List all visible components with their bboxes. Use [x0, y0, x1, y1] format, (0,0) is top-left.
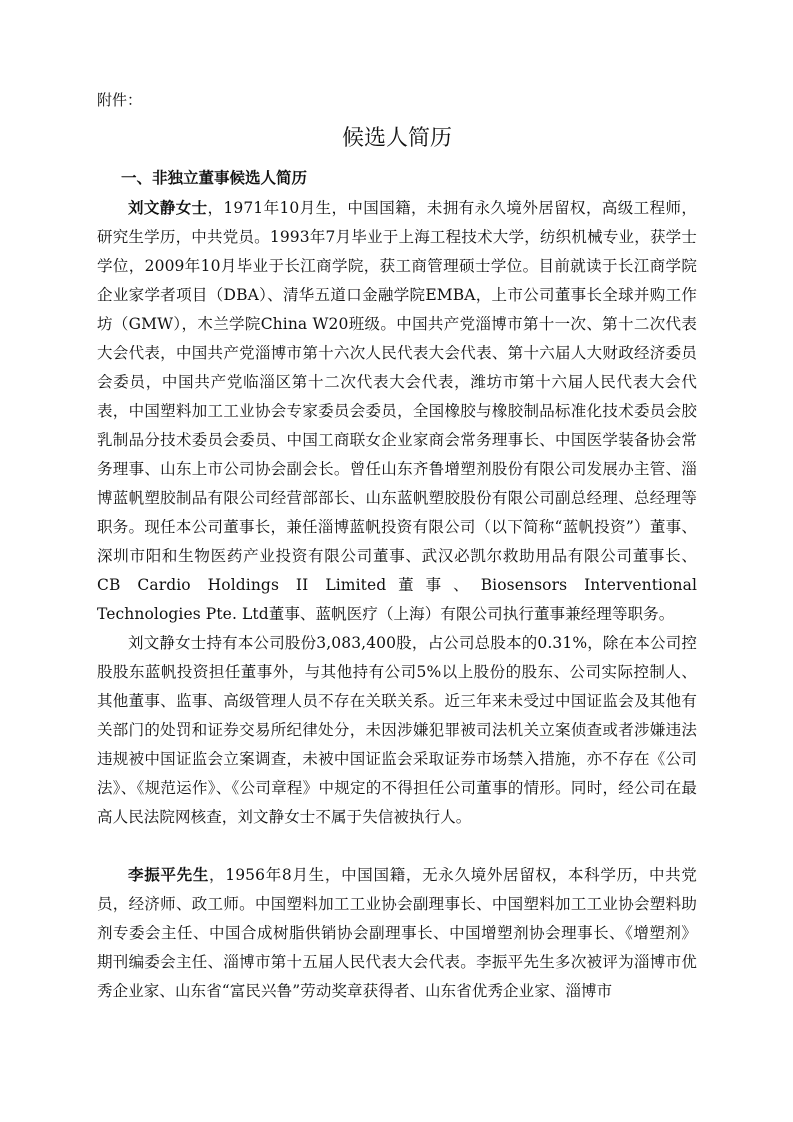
candidate-bio-paragraph: 刘文静女士，1971年10月生，中国国籍，未拥有永久境外居留权，高级工程师，研究…: [97, 194, 697, 629]
candidate-bio-text: ，1971年10月生，中国国籍，未拥有永久境外居留权，高级工程师，研究生学历，中…: [97, 199, 697, 623]
document-page: 附件： 候选人简历 一、非独立董事候选人简历 刘文静女士，1971年10月生，中…: [97, 88, 697, 1006]
candidate-name: 李振平先生: [128, 866, 209, 884]
candidate-shareholding-paragraph: 刘文静女士持有本公司股份3,083,400股，占公司总股本的0.31%，除在本公…: [97, 629, 697, 832]
paragraph-spacer: [97, 832, 697, 861]
candidate-bio-text: ，1956年8月生，中国国籍，无永久境外居留权，本科学历，中共党员，经济师、政工…: [97, 866, 697, 1000]
section-heading: 一、非独立董事候选人简历: [97, 162, 697, 194]
candidate-name: 刘文静女士: [128, 199, 208, 217]
document-title: 候选人简历: [97, 122, 697, 156]
candidate-bio-paragraph: 李振平先生，1956年8月生，中国国籍，无永久境外居留权，本科学历，中共党员，经…: [97, 861, 697, 1006]
attachment-label: 附件：: [97, 88, 697, 112]
